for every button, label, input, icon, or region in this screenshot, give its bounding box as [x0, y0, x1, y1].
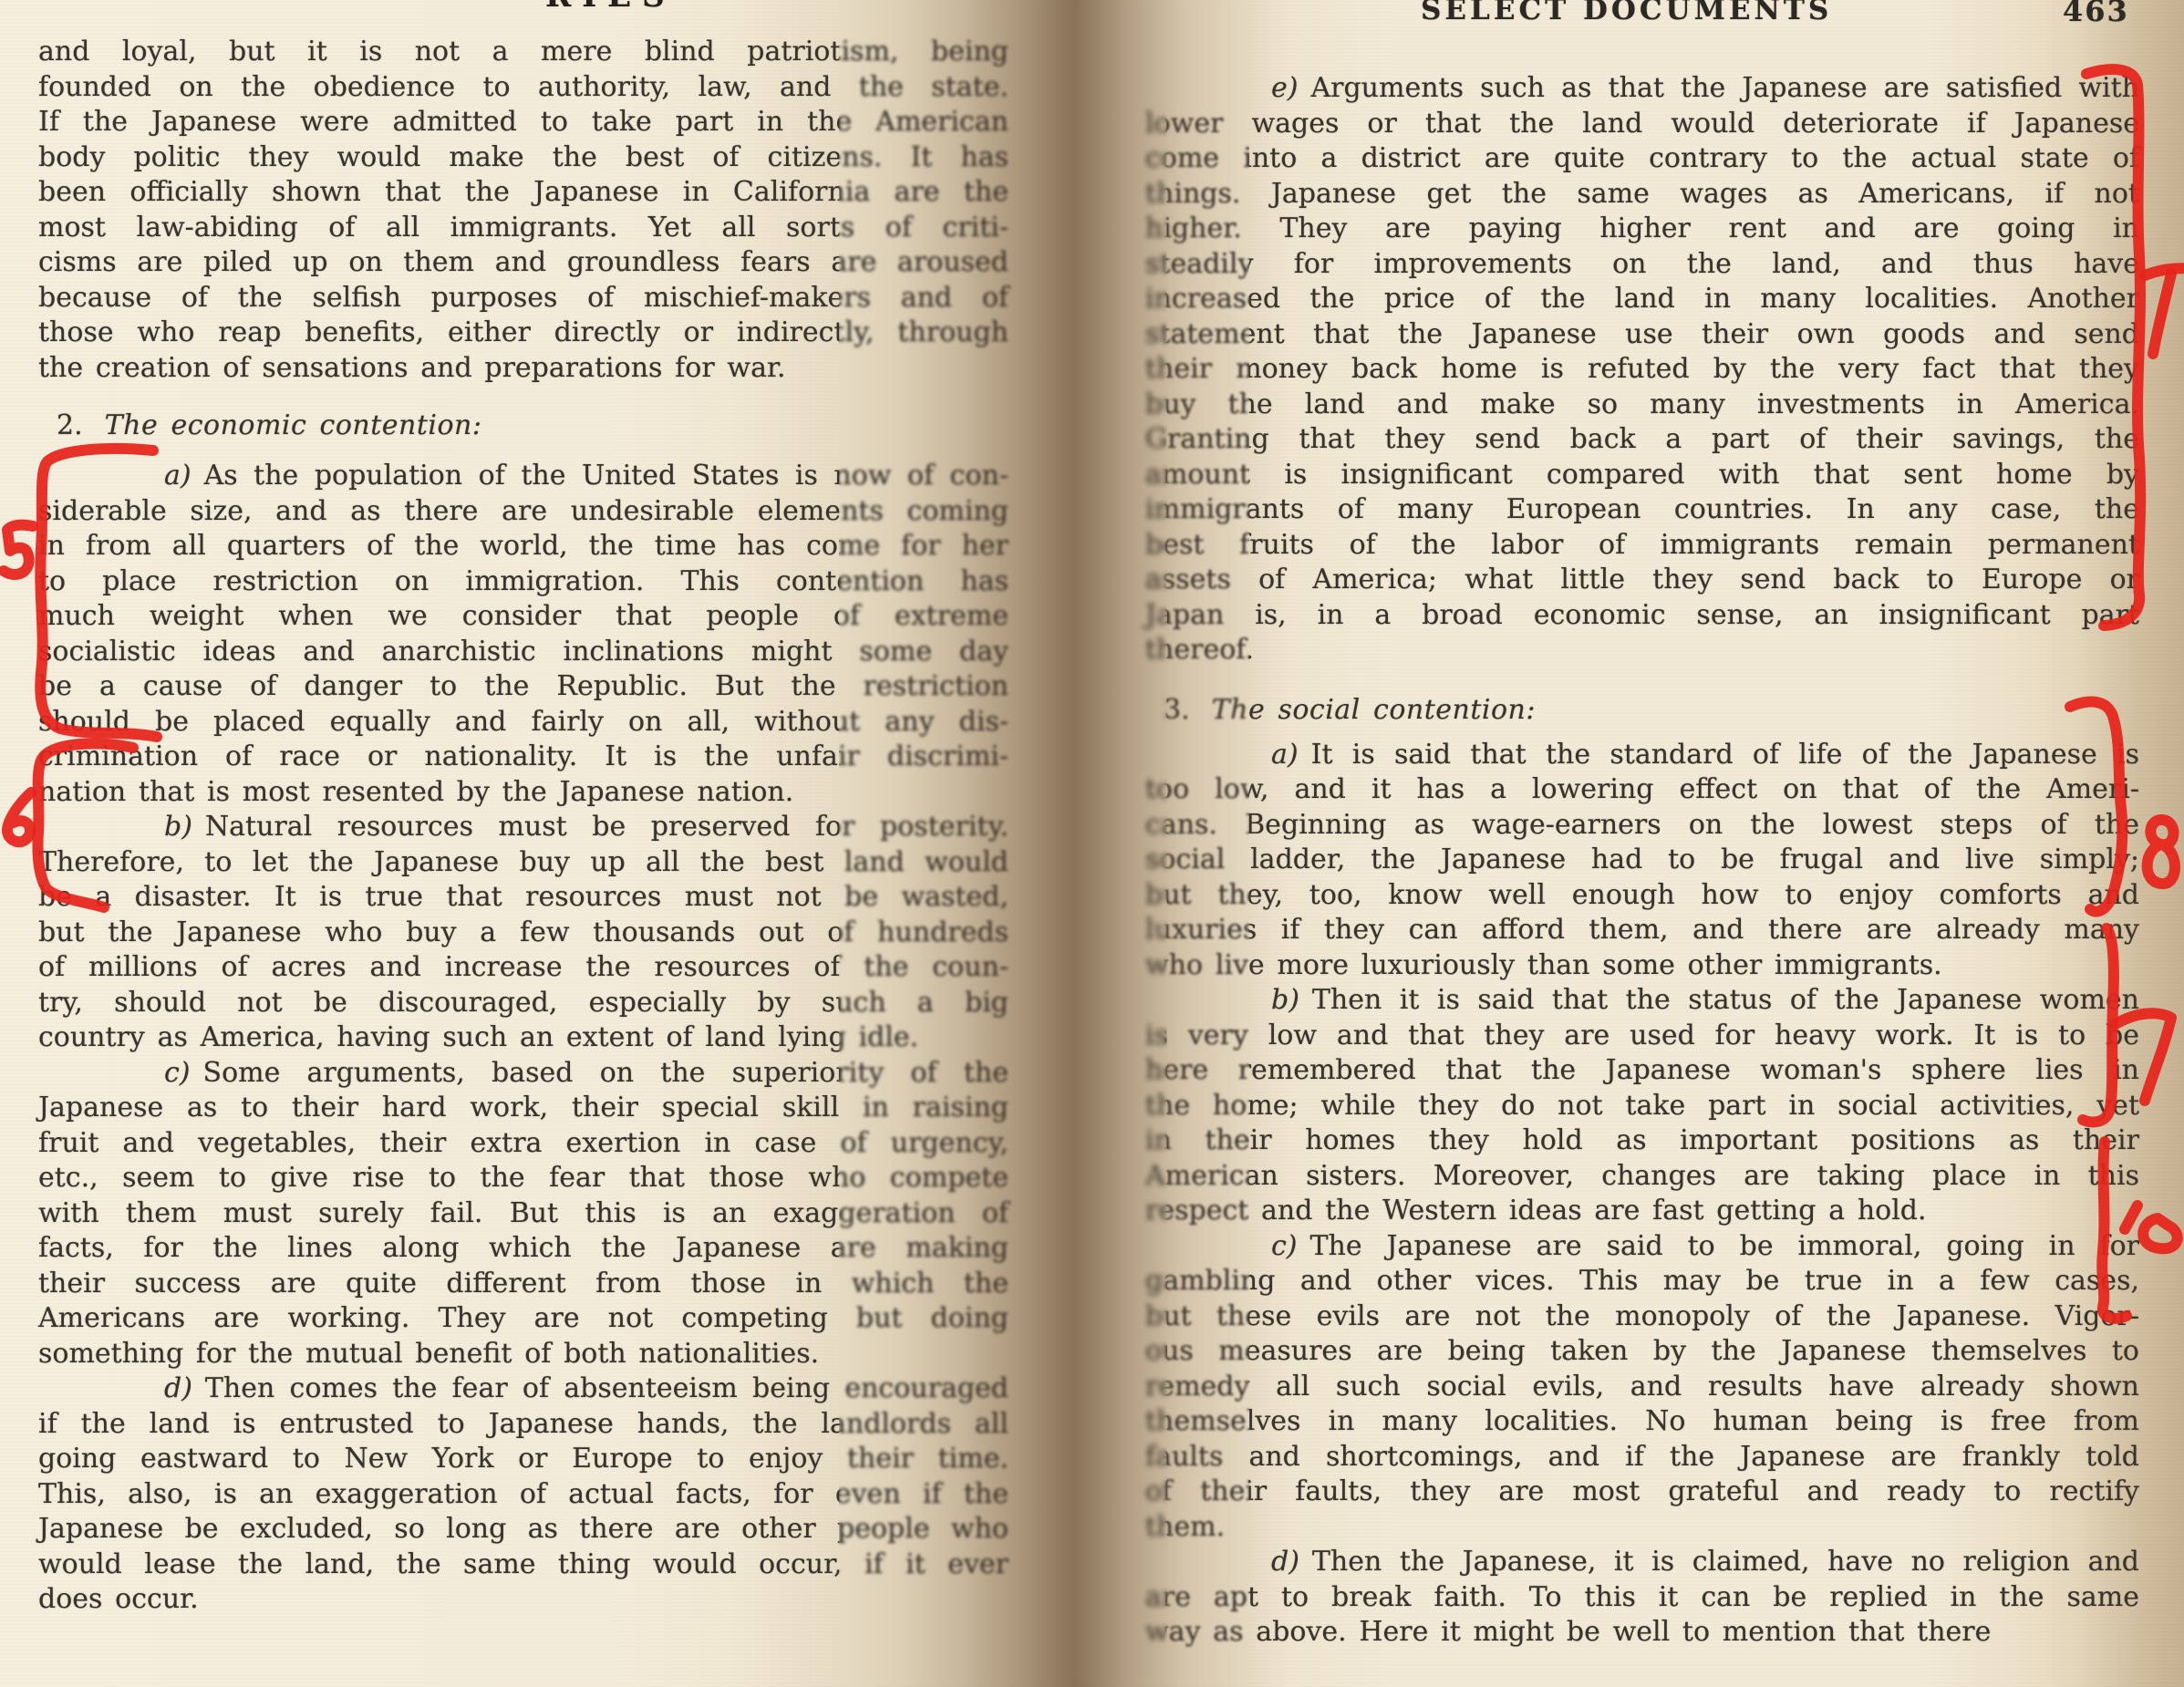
text-line: does occur. — [38, 1582, 1009, 1618]
annotation-number-7 — [2145, 268, 2184, 275]
text-line: come into a district are quite contrary … — [1145, 141, 2139, 177]
text-line: those who reap benefits, either directly… — [38, 316, 1009, 351]
paragraph-social-a: a)It is said that the standard of life o… — [1145, 738, 2139, 984]
paragraph-label: b) — [164, 811, 205, 843]
text-line: a)It is said that the standard of life o… — [1145, 738, 2139, 773]
text-line: would lease the land, the same thing wou… — [38, 1547, 1009, 1583]
text-line: of millions of acres and increase the re… — [38, 950, 1009, 986]
text-line: Japan is, in a broad economic sense, an … — [1145, 598, 2139, 634]
text-line: their success are quite different from t… — [38, 1267, 1009, 1302]
text-line: if the land is entrusted to Japanese han… — [38, 1407, 1009, 1443]
running-head-title: SELECT DOCUMENTS — [1421, 0, 1832, 26]
text-line: best fruits of the labor of immigrants r… — [1145, 528, 2139, 564]
text-line: country as America, having such an exten… — [38, 1020, 1009, 1056]
text-line: etc., seem to give rise to the fear that… — [38, 1161, 1009, 1196]
section-heading-economic-contention: 2.The economic contention: — [38, 408, 1009, 444]
text-line: c)The Japanese are said to be immoral, g… — [1145, 1229, 2139, 1265]
paragraph-loyalty-continuation: and loyal, but it is not a mere blind pa… — [38, 35, 1009, 386]
text-line: something for the mutual benefit of both… — [38, 1337, 1009, 1372]
text-line: social ladder, the Japanese had to be fr… — [1145, 843, 2139, 878]
text-line: going eastward to New York or Europe to … — [38, 1442, 1009, 1477]
right-page-column: e)Arguments such as that the Japanese ar… — [1145, 71, 2139, 1651]
text-line: nation that is most resented by the Japa… — [38, 775, 1009, 811]
paragraph-label: c) — [1271, 1230, 1310, 1262]
annotation-number-8 — [2148, 820, 2175, 884]
paragraph-economic-a: a)As the population of the United States… — [38, 459, 1009, 810]
text-line: but they, too, know well enough how to e… — [1145, 878, 2139, 914]
text-line: the home; while they do not take part in… — [1145, 1089, 2139, 1124]
text-line: luxuries if they can afford them, and th… — [1145, 913, 2139, 948]
text-line: steadily for improvements on the land, a… — [1145, 247, 2139, 283]
text-line: a)As the population of the United States… — [38, 459, 1009, 494]
text-line: crimination of race or nationality. It i… — [38, 740, 1009, 775]
text-line: themselves in many localities. No human … — [1145, 1404, 2139, 1440]
text-line: If the Japanese were admitted to take pa… — [38, 105, 1009, 140]
text-line: but these evils are not the monopoly of … — [1145, 1299, 2139, 1335]
text-line: to place restriction on immigration. Thi… — [38, 564, 1009, 600]
paragraph-economic-b: b)Natural resources must be preserved fo… — [38, 810, 1009, 1056]
text-line: Americans are working. They are not comp… — [38, 1301, 1009, 1337]
section-number: 3. — [1145, 694, 1212, 726]
text-line: body politic they would make the best of… — [38, 140, 1009, 176]
text-line: Granting that they send back a part of t… — [1145, 422, 2139, 458]
paragraph-economic-c: c)Some arguments, based on the superiori… — [38, 1056, 1009, 1372]
text-line: of their faults, they are most grateful … — [1145, 1475, 2139, 1510]
paragraph-economic-d: d)Then comes the fear of absenteeism bei… — [38, 1371, 1009, 1618]
paragraph-label: d) — [164, 1372, 205, 1404]
text-line: b)Natural resources must be preserved fo… — [38, 810, 1009, 845]
paragraph-label: b) — [1271, 984, 1312, 1016]
text-line: is very low and that they are used for h… — [1145, 1019, 2139, 1054]
text-line: who live more luxuriously than some othe… — [1145, 948, 2139, 984]
text-line: things. Japanese get the same wages as A… — [1145, 177, 2139, 212]
text-line: gambling and other vices. This may be tr… — [1145, 1264, 2139, 1299]
gutter-blur-strip — [1012, 0, 1167, 1687]
text-line: remedy all such social evils, and result… — [1145, 1370, 2139, 1405]
text-line: d)Then comes the fear of absenteeism bei… — [38, 1371, 1009, 1407]
text-line: facts, for the lines along which the Jap… — [38, 1231, 1009, 1267]
text-line: in from all quarters of the world, the t… — [38, 529, 1009, 564]
page-number: 463 — [2063, 0, 2129, 28]
text-line: with them must surely fail. But this is … — [38, 1196, 1009, 1232]
text-line: fruit and vegetables, their extra exerti… — [38, 1126, 1009, 1162]
text-line: statement that the Japanese use their ow… — [1145, 317, 2139, 353]
paragraph-social-b: b)Then it is said that the status of the… — [1145, 983, 2139, 1229]
book-spread-scan: RIES SELECT DOCUMENTS 463 and loyal, but… — [0, 0, 2184, 1687]
text-line: b)Then it is said that the status of the… — [1145, 983, 2139, 1019]
section-heading-social-contention: 3.The social contention: — [1145, 692, 2139, 729]
text-line: Japanese as to their hard work, their sp… — [38, 1091, 1009, 1126]
text-line: been officially shown that the Japanese … — [38, 175, 1009, 211]
text-line: immigrants of many European countries. I… — [1145, 492, 2139, 528]
left-page-column: and loyal, but it is not a mere blind pa… — [38, 35, 1009, 1618]
text-line: e)Arguments such as that the Japanese ar… — [1145, 71, 2139, 107]
section-number: 2. — [38, 409, 105, 441]
text-line: assets of America; what little they send… — [1145, 563, 2139, 598]
paragraph-label: e) — [1271, 72, 1310, 104]
text-line: too low, and it has a lowering effect on… — [1145, 772, 2139, 808]
paragraph-label: a) — [164, 460, 204, 492]
text-line: most law-abiding of all immigrants. Yet … — [38, 211, 1009, 246]
text-line: the creation of sensations and preparati… — [38, 351, 1009, 387]
text-line: buy the land and make so many investment… — [1145, 388, 2139, 423]
text-line: Therefore, to let the Japanese buy up al… — [38, 845, 1009, 881]
text-line: higher. They are paying higher rent and … — [1145, 212, 2139, 247]
text-line: and loyal, but it is not a mere blind pa… — [38, 35, 1009, 70]
text-line: faults and shortcomings, and if the Japa… — [1145, 1440, 2139, 1475]
text-line: here remembered that the Japanese woman'… — [1145, 1053, 2139, 1089]
annotation-number-6 — [7, 792, 31, 842]
text-line: but the Japanese who buy a few thousands… — [38, 916, 1009, 951]
text-line: d)Then the Japanese, it is claimed, have… — [1145, 1545, 2139, 1580]
text-line: siderable size, and as there are undesir… — [38, 494, 1009, 530]
annotation-number-5 — [4, 525, 33, 574]
text-line: socialistic ideas and anarchistic inclin… — [38, 635, 1009, 670]
paragraph-label: d) — [1271, 1546, 1312, 1578]
text-line: amount is insignificant compared with th… — [1145, 458, 2139, 493]
text-line: should be placed equally and fairly on a… — [38, 705, 1009, 740]
text-line: be a disaster. It is true that resources… — [38, 880, 1009, 916]
section-title: The social contention: — [1212, 694, 1536, 726]
paragraph-label: a) — [1271, 739, 1311, 771]
paragraph-social-c: c)The Japanese are said to be immoral, g… — [1145, 1229, 2139, 1546]
text-line: American sisters. Moreover, changes are … — [1145, 1159, 2139, 1195]
paragraph-label: c) — [164, 1057, 203, 1089]
text-line: thereof. — [1145, 633, 2139, 668]
text-line: way as above. Here it might be well to m… — [1145, 1615, 2139, 1651]
text-line: are apt to break faith. To this it can b… — [1145, 1580, 2139, 1616]
text-line: be a cause of danger to the Republic. Bu… — [38, 669, 1009, 705]
text-line: cisms are piled up on them and groundles… — [38, 245, 1009, 281]
text-line: founded on the obedience to authority, l… — [38, 70, 1009, 106]
text-line: This, also, is an exaggeration of actual… — [38, 1477, 1009, 1513]
section-title: The economic contention: — [105, 409, 482, 441]
text-line: lower wages or that the land would deter… — [1145, 107, 2139, 142]
annotation-number-7 — [2153, 274, 2171, 354]
text-line: them. — [1145, 1510, 2139, 1546]
text-line: respect and the Western ideas are fast g… — [1145, 1194, 2139, 1229]
left-running-head-fragment: RIES — [545, 0, 928, 12]
text-line: try, should not be discouraged, especial… — [38, 986, 1009, 1021]
text-line: c)Some arguments, based on the superiori… — [38, 1056, 1009, 1092]
text-line: ous measures are being taken by the Japa… — [1145, 1334, 2139, 1370]
annotation-number-10 — [2143, 1218, 2178, 1248]
paragraph-economic-e: e)Arguments such as that the Japanese ar… — [1145, 71, 2139, 668]
text-line: in their homes they hold as important po… — [1145, 1123, 2139, 1159]
text-line: their money back home is refuted by the … — [1145, 352, 2139, 388]
text-line: cans. Beginning as wage-earners on the l… — [1145, 808, 2139, 843]
text-line: Japanese be excluded, so long as there a… — [38, 1512, 1009, 1547]
text-line: because of the selfish purposes of misch… — [38, 281, 1009, 316]
text-line: increased the price of the land in many … — [1145, 282, 2139, 317]
paragraph-social-d: d)Then the Japanese, it is claimed, have… — [1145, 1545, 2139, 1651]
text-line: much weight when we consider that people… — [38, 599, 1009, 635]
